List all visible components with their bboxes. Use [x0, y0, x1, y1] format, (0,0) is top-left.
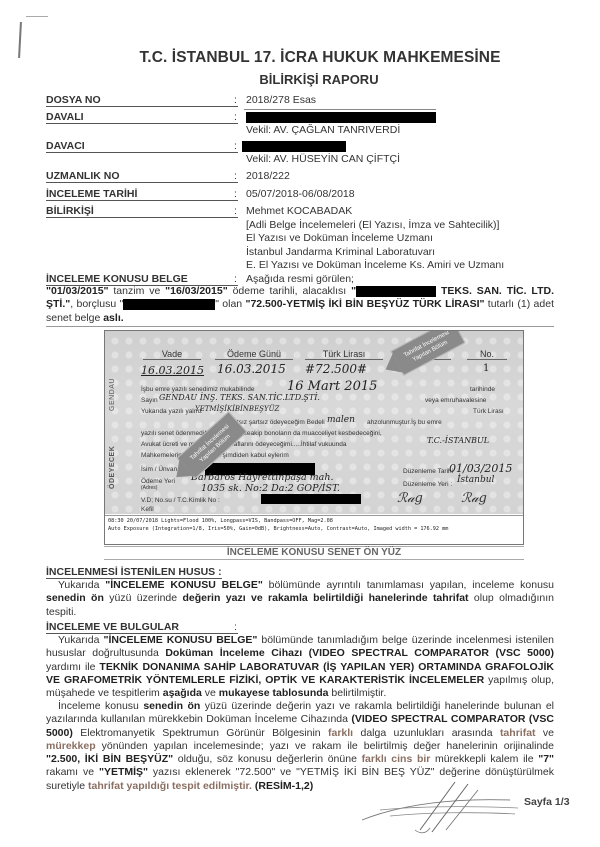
check-photo: GENDAU ÖDEYECEK Vade Ödeme Günü Türk Lir…: [105, 331, 523, 514]
field-value: Vekil: AV. ÇAĞLAN TANRIVERDİ: [246, 111, 566, 137]
check-image: GENDAU ÖDEYECEK Vade Ödeme Günü Türk Lir…: [104, 330, 524, 545]
expert-line: İstanbul Jandarma Kriminal Laboratuvarı: [246, 246, 435, 258]
report-title: BİLİRKİŞİ RAPORU: [0, 72, 600, 87]
section-heading-findings: İNCELEME VE BULGULAR :: [46, 621, 238, 634]
redaction-bar: [261, 494, 361, 504]
expert-line: E. El Yazısı ve Doküman İnceleme Ks. Ami…: [246, 259, 504, 271]
redaction-bar: [242, 141, 346, 152]
field-label: DAVALI: [46, 111, 238, 124]
field-label: DOSYA NO: [46, 94, 238, 107]
page-number: Sayfa 1/3: [524, 796, 570, 808]
divider: [244, 109, 436, 110]
signature-mark: ℛ𝒶𝑔: [461, 491, 487, 506]
image-caption: İNCELEME KONUSU SENET ÖN YÜZ: [104, 546, 524, 560]
field-label: BİLİRKİŞİ: [46, 205, 238, 218]
odeyecek-label: ÖDEYECEK: [109, 449, 116, 489]
requested-paragraph: Yukarıda "İNCELEME KONUSU BELGE" bölümün…: [46, 579, 554, 619]
section-heading-requested: İNCELENMESİ İSTENİLEN HUSUS :: [46, 566, 222, 579]
expert-line: El Yazısı ve Doküman İnceleme Uzmanı: [246, 232, 433, 244]
field-value: 2018/222: [246, 170, 566, 183]
divider: [46, 326, 554, 327]
field-value: Mehmet KOCABADAK [Adli Belge İncelemeler…: [246, 205, 566, 273]
field-value: Vekil: AV. HÜSEYİN CAN ÇİFTÇİ: [242, 140, 562, 166]
field-label: UZMANLIK NO: [46, 170, 238, 183]
arrow-callout-icon: Tahrifat İncelemesi Yapılan Bölüm: [391, 331, 466, 376]
expert-name: Mehmet KOCABADAK: [246, 205, 352, 217]
redaction-bar: [246, 112, 436, 123]
field-label: DAVACI: [46, 140, 238, 153]
redaction-bar: [356, 286, 436, 297]
expert-line: [Adli Belge İncelemeleri (El Yazısı, İmz…: [246, 219, 499, 231]
field-value: 05/07/2018-06/08/2018: [246, 188, 566, 201]
signature-mark: ℛ𝒶𝑔: [397, 491, 423, 506]
davali-vekil: Vekil: AV. ÇAĞLAN TANRIVERDİ: [246, 124, 400, 136]
capture-metadata: 08:30 20/07/2018 Lights=Flood 100%, Long…: [105, 515, 523, 534]
belge-description: "01/03/2015" tanzim ve "16/03/2015" ödem…: [46, 285, 554, 325]
court-title: T.C. İSTANBUL 17. İCRA HUKUK MAHKEMESİNE: [0, 49, 600, 67]
redaction-bar: [123, 299, 215, 310]
davaci-vekil: Vekil: AV. HÜSEYİN CAN ÇİFTÇİ: [242, 153, 400, 165]
field-value: 2018/278 Esas: [246, 94, 566, 107]
field-label: İNCELEME TARİHİ: [46, 188, 238, 201]
findings-paragraph-1: Yukarıda "İNCELEME KONUSU BELGE" bölümün…: [46, 634, 554, 700]
expert-signature: [360, 780, 520, 835]
